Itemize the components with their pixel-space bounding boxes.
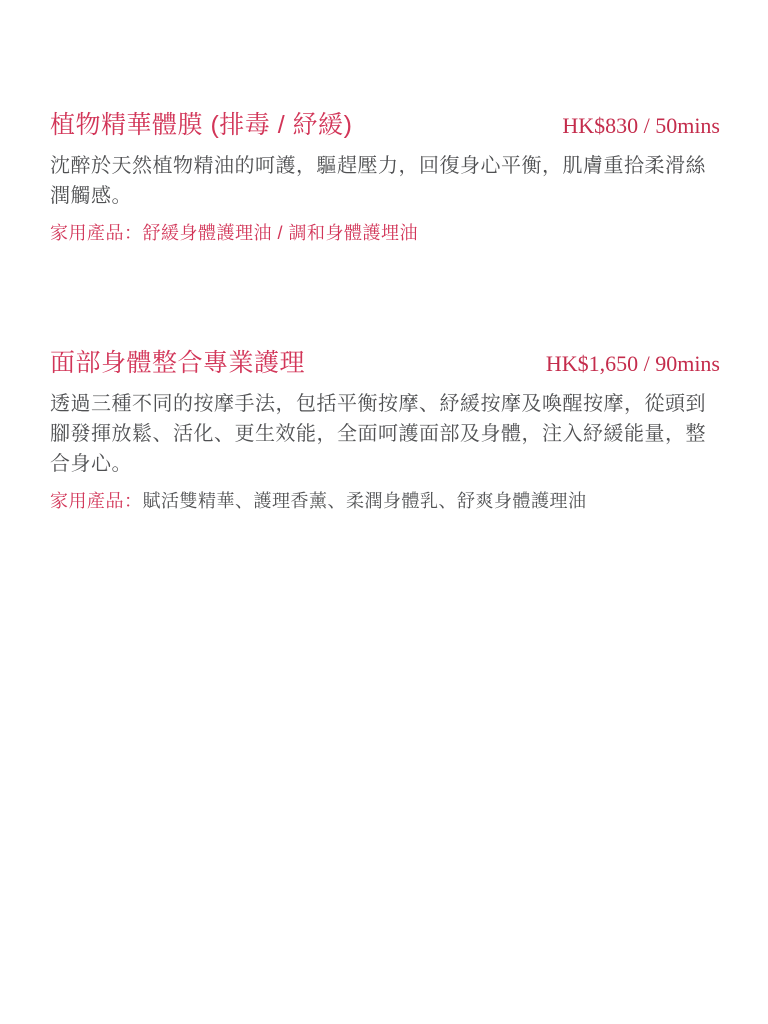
home-products-line: 家用產品：舒緩身體護理油 / 調和身體護埋油 — [50, 220, 720, 246]
treatment-header: 面部身體整合專業護理 HK$1,650 / 90mins — [50, 348, 720, 379]
home-products-label: 家用產品： — [50, 491, 143, 511]
treatment-description: 透過三種不同的按摩手法，包括平衡按摩、紓緩按摩及喚醒按摩，從頭到腳發揮放鬆、活化… — [50, 389, 720, 479]
home-products-line: 家用產品：賦活雙精華、護理香薰、柔潤身體乳、舒爽身體護理油 — [50, 488, 720, 514]
home-products-label: 家用產品： — [50, 223, 143, 243]
home-products-list: 舒緩身體護理油 / 調和身體護埋油 — [143, 223, 419, 243]
treatment-title: 面部身體整合專業護理 — [50, 348, 305, 378]
home-products-list: 賦活雙精華、護理香薰、柔潤身體乳、舒爽身體護理油 — [143, 491, 587, 511]
treatment-price: HK$830 / 50mins — [562, 111, 720, 141]
treatment-section-1: 植物精華體膜 (排毒 / 紓緩) HK$830 / 50mins 沈醉於天然植物… — [50, 110, 720, 246]
treatment-header: 植物精華體膜 (排毒 / 紓緩) HK$830 / 50mins — [50, 110, 720, 141]
treatment-description: 沈醉於天然植物精油的呵護，驅趕壓力，回復身心平衡，肌膚重拾柔滑絲潤觸感。 — [50, 151, 720, 211]
treatment-price: HK$1,650 / 90mins — [546, 349, 720, 379]
treatment-title: 植物精華體膜 (排毒 / 紓緩) — [50, 110, 352, 140]
menu-page: 植物精華體膜 (排毒 / 紓緩) HK$830 / 50mins 沈醉於天然植物… — [0, 0, 768, 1024]
treatment-section-2: 面部身體整合專業護理 HK$1,650 / 90mins 透過三種不同的按摩手法… — [50, 348, 720, 514]
